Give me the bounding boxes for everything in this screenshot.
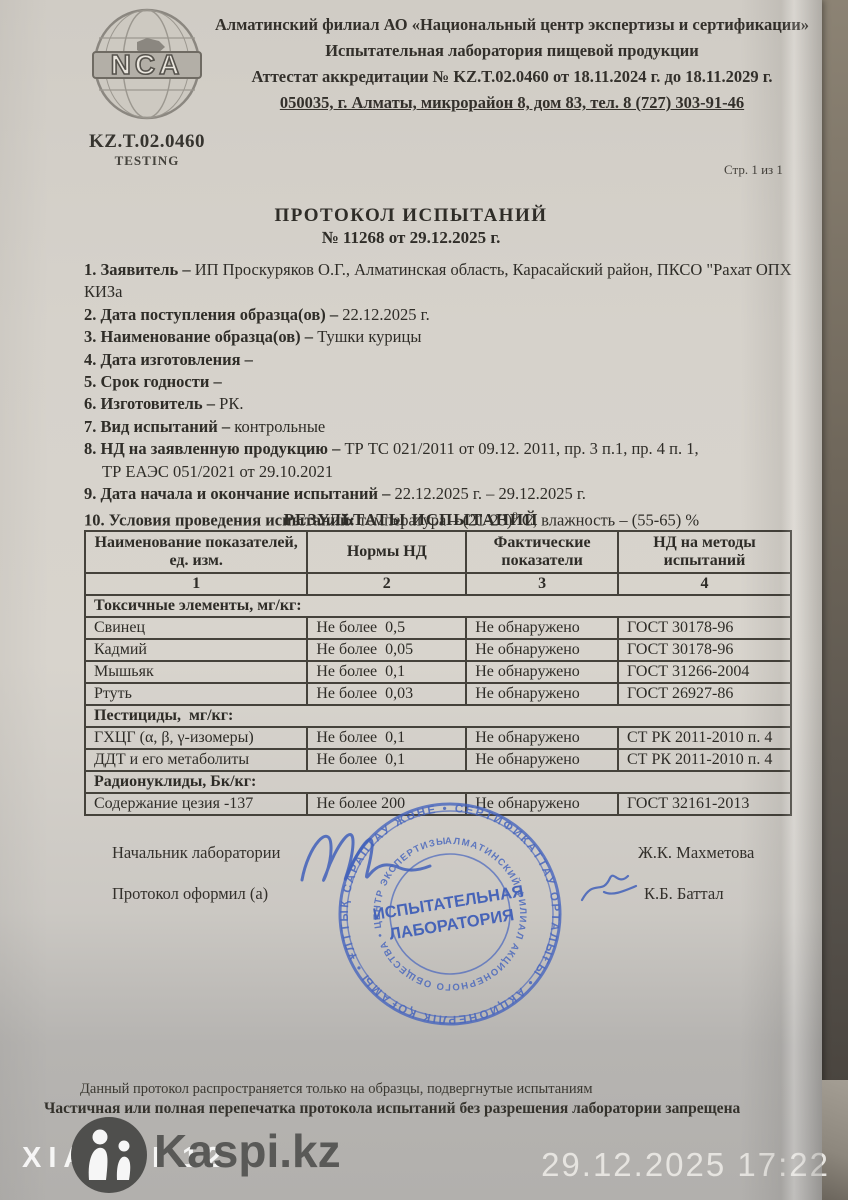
signature-2 (578, 868, 642, 906)
org-line-1: Алматинский филиал АО «Национальный цент… (212, 12, 812, 38)
document-photo: NCA KZ.T.02.0460 TESTING Алматинский фил… (0, 0, 848, 1200)
org-line-3: Аттестат аккредитации № KZ.T.02.0460 от … (212, 64, 812, 90)
protocol-document: NCA KZ.T.02.0460 TESTING Алматинский фил… (0, 0, 822, 1200)
item-8-continued: ТР ЕАЭС 051/2021 от 29.10.2021 (84, 461, 800, 483)
table-row: СвинецНе более 0,5Не обнаруженоГОСТ 3017… (85, 617, 791, 639)
accreditation-logo: NCA KZ.T.02.0460 TESTING (56, 8, 238, 169)
signer-role-2: Протокол оформил (а) (112, 884, 268, 904)
org-line-2: Испытательная лаборатория пищевой продук… (212, 38, 812, 64)
item-9: 9. Дата начала и окончание испытаний – 2… (84, 483, 800, 505)
footer-note-1: Данный протокол распространяется только … (80, 1081, 593, 1098)
footer-note-2: Частичная или полная перепечатка протоко… (44, 1100, 740, 1118)
table-header-row: Наименование показателей,ед. изм. Нормы … (85, 531, 791, 573)
nca-acronym: NCA (111, 49, 184, 80)
col-header-norm: Нормы НД (307, 531, 466, 573)
item-1: 1. Заявитель – ИП Проскуряков О.Г., Алма… (84, 259, 800, 304)
signature-1 (296, 816, 486, 908)
section-row-pesticides: Пестициды, мг/кг: (85, 705, 791, 727)
organization-header: Алматинский филиал АО «Национальный цент… (212, 12, 812, 116)
signer-role-1: Начальник лаборатории (112, 843, 280, 863)
table-row: РтутьНе более 0,03Не обнаруженоГОСТ 2692… (85, 683, 791, 705)
item-4: 4. Дата изготовления – (84, 349, 800, 371)
protocol-items: 1. Заявитель – ИП Проскуряков О.Г., Алма… (84, 259, 800, 532)
signer-name-1: Ж.К. Махметова (638, 843, 754, 863)
photo-timestamp: 29.12.2025 17:22 (541, 1146, 830, 1184)
protocol-title: ПРОТОКОЛ ИСПЫТАНИЙ (0, 205, 822, 227)
item-7: 7. Вид испытаний – контрольные (84, 416, 800, 438)
table-row: КадмийНе более 0,05Не обнаруженоГОСТ 301… (85, 639, 791, 661)
kaspi-watermark: Kaspi.kz (154, 1124, 341, 1178)
accreditation-code: KZ.T.02.0460 (56, 131, 238, 153)
section-row-radionuclides: Радионуклиды, Бк/кг: (85, 771, 791, 793)
table-row: ДДТ и его метаболитыНе более 0,1Не обнар… (85, 749, 791, 771)
protocol-number: № 11268 от 29.12.2025 г. (0, 228, 822, 248)
column-numbers-row: 1 2 3 4 (85, 573, 791, 595)
kaspi-logo-icon (70, 1116, 148, 1199)
item-8: 8. НД на заявленную продукцию – ТР ТС 02… (84, 438, 800, 460)
results-table: Наименование показателей,ед. изм. Нормы … (84, 530, 792, 816)
section-row-toxic: Токсичные элементы, мг/кг: (85, 595, 791, 617)
item-5: 5. Срок годности – (84, 371, 800, 393)
nca-globe-icon: NCA (83, 8, 211, 124)
page-number: Стр. 1 из 1 (724, 162, 783, 178)
table-row: МышьякНе более 0,1Не обнаруженоГОСТ 3126… (85, 661, 791, 683)
testing-caption: TESTING (56, 153, 238, 169)
item-3: 3. Наименование образца(ов) – Тушки кури… (84, 326, 800, 348)
org-line-4-address: 050035, г. Алматы, микрорайон 8, дом 83,… (212, 90, 812, 116)
item-2: 2. Дата поступления образца(ов) – 22.12.… (84, 304, 800, 326)
col-header-method: НД на методыиспытаний (618, 531, 791, 573)
item-6: 6. Изготовитель – РК. (84, 393, 800, 415)
table-row: ГХЦГ (α, β, γ-изомеры)Не более 0,1Не обн… (85, 727, 791, 749)
results-heading: РЕЗУЛЬТАТЫ ИСПЫТАНИЙ (0, 510, 822, 530)
col-header-name: Наименование показателей,ед. изм. (85, 531, 307, 573)
signer-name-2: К.Б. Баттал (644, 884, 724, 904)
col-header-fact: Фактическиепоказатели (466, 531, 618, 573)
